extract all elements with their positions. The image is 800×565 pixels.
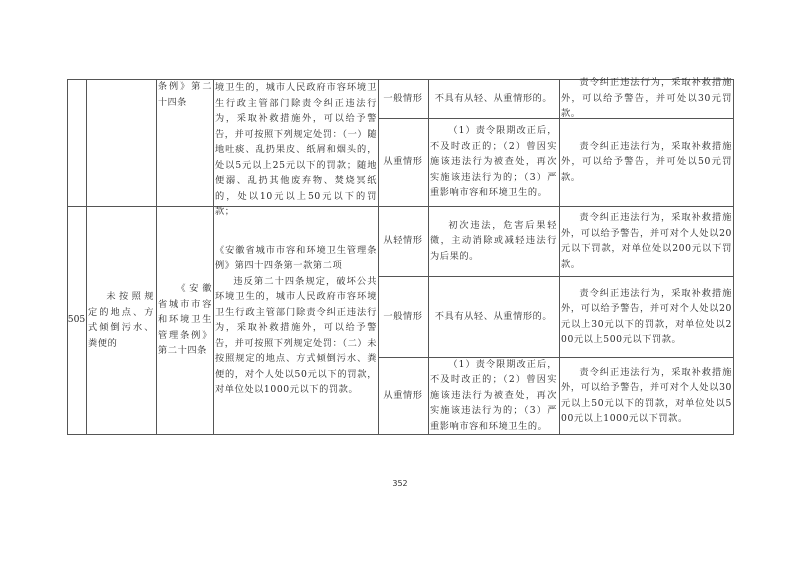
- penalty-standard: 责令纠正违法行为，采取补救措施外，可以给予警告，并可对个人处以20元以上30元以…: [561, 286, 732, 348]
- violation-text: 未按照规定的地点、方式倾倒污水、粪便的: [88, 289, 154, 351]
- penalty-standard: 责令纠正违法行为，采取补救措施外，可以给予警告，并可对个人处以30元以上50元以…: [561, 365, 732, 427]
- circumstance-description: 不具有从轻、从重情形的。: [435, 309, 552, 325]
- circumstance-level-cell: 一般情形: [378, 79, 428, 118]
- sequence-number-cell: 505: [67, 206, 86, 434]
- legal-basis-text: 条例》第二十四条: [158, 82, 212, 108]
- circumstance-level: 从重情形: [383, 388, 422, 404]
- penalty-provision-cell: 《安徽省城市市容和环境卫生管理条例》第四十四条第一款第二项 违反第二十四条规定，…: [213, 206, 379, 434]
- penalty-standard-cell: 责令纠正违法行为，采取补救措施外，可以给予警告，并可对个人处以30元以上50元以…: [559, 357, 734, 434]
- circumstance-level: 从轻情形: [383, 233, 422, 249]
- page-number: 352: [382, 479, 418, 488]
- penalty-standard: 责令纠正违法行为，采取补救措施外，可以给予警告，并可处以50元罚款。: [561, 139, 732, 186]
- circumstance-description-cell: 不具有从轻、从重情形的。: [428, 276, 559, 357]
- penalty-provision-text: 违反第二十四条规定，破坏公共环境卫生的，城市人民政府市容环境卫生行政主管部门除责…: [215, 274, 377, 398]
- circumstance-description: （1）责令限期改正后，不及时改正的；（2）曾因实施该违法行为被查处，再次实施该违…: [430, 357, 557, 435]
- circumstance-level: 从重情形: [383, 154, 422, 170]
- circumstance-level: 一般情形: [383, 309, 422, 325]
- penalty-standard: 责令纠正违法行为，采取补救措施外，可以给予警告，并可处以30元罚款。: [561, 75, 732, 122]
- penalty-provision-cell: 境卫生的，城市人民政府市容环境卫生行政主管部门除责令纠正违法行为，采取补救措施外…: [213, 80, 379, 220]
- penalty-standard-cell: 责令纠正违法行为，采取补救措施外，可以给予警告，并可处以30元罚款。: [559, 79, 734, 118]
- document-page: 条例》第二十四条 境卫生的，城市人民政府市容环境卫生行政主管部门除责令纠正违法行…: [0, 0, 800, 565]
- penalty-standard: 责令纠正违法行为，采取补救措施外，可以给予警告，并可对个人处以20元以下罚款，对…: [561, 210, 732, 272]
- circumstance-description: 不具有从轻、从重情形的。: [435, 91, 552, 107]
- circumstance-description-cell: （1）责令限期改正后，不及时改正的；（2）曾因实施该违法行为被查处，再次实施该违…: [428, 118, 559, 206]
- penalty-provision-text: 境卫生的，城市人民政府市容环境卫生行政主管部门除责令纠正违法行为，采取补救措施外…: [215, 82, 377, 217]
- legal-basis-text: 《安徽省城市市容和环境卫生管理条例》第二十四条: [158, 281, 212, 359]
- circumstance-level-cell: 从轻情形: [378, 206, 428, 276]
- circumstance-level: 一般情形: [383, 91, 422, 107]
- circumstance-description: （1）责令限期改正后，不及时改正的；（2）曾因实施该违法行为被查处，再次实施该违…: [430, 123, 557, 201]
- penalty-standard-cell: 责令纠正违法行为，采取补救措施外，可以给予警告，并可处以50元罚款。: [559, 118, 734, 206]
- sequence-number: 505: [68, 312, 86, 328]
- penalty-standard-cell: 责令纠正违法行为，采取补救措施外，可以给予警告，并可对个人处以20元以下罚款，对…: [559, 206, 734, 276]
- circumstance-level-cell: 从重情形: [378, 118, 428, 206]
- legal-basis-cell: 条例》第二十四条: [156, 80, 214, 111]
- circumstance-description-cell: （1）责令限期改正后，不及时改正的；（2）曾因实施该违法行为被查处，再次实施该违…: [428, 357, 559, 434]
- penalty-standard-cell: 责令纠正违法行为，采取补救措施外，可以给予警告，并可对个人处以20元以上30元以…: [559, 276, 734, 357]
- circumstance-level-cell: 从重情形: [378, 357, 428, 434]
- circumstance-description: 初次违法，危害后果轻微，主动消除或减轻违法行为后果的。: [430, 218, 557, 265]
- table-border-bottom: [67, 434, 734, 435]
- violation-cell: 未按照规定的地点、方式倾倒污水、粪便的: [86, 206, 156, 434]
- circumstance-description-cell: 不具有从轻、从重情形的。: [428, 79, 559, 118]
- penalty-provision-title: 《安徽省城市市容和环境卫生管理条例》第四十四条第一款第二项: [215, 243, 377, 274]
- legal-basis-cell: 《安徽省城市市容和环境卫生管理条例》第二十四条: [156, 206, 214, 434]
- circumstance-level-cell: 一般情形: [378, 276, 428, 357]
- circumstance-description-cell: 初次违法，危害后果轻微，主动消除或减轻违法行为后果的。: [428, 206, 559, 276]
